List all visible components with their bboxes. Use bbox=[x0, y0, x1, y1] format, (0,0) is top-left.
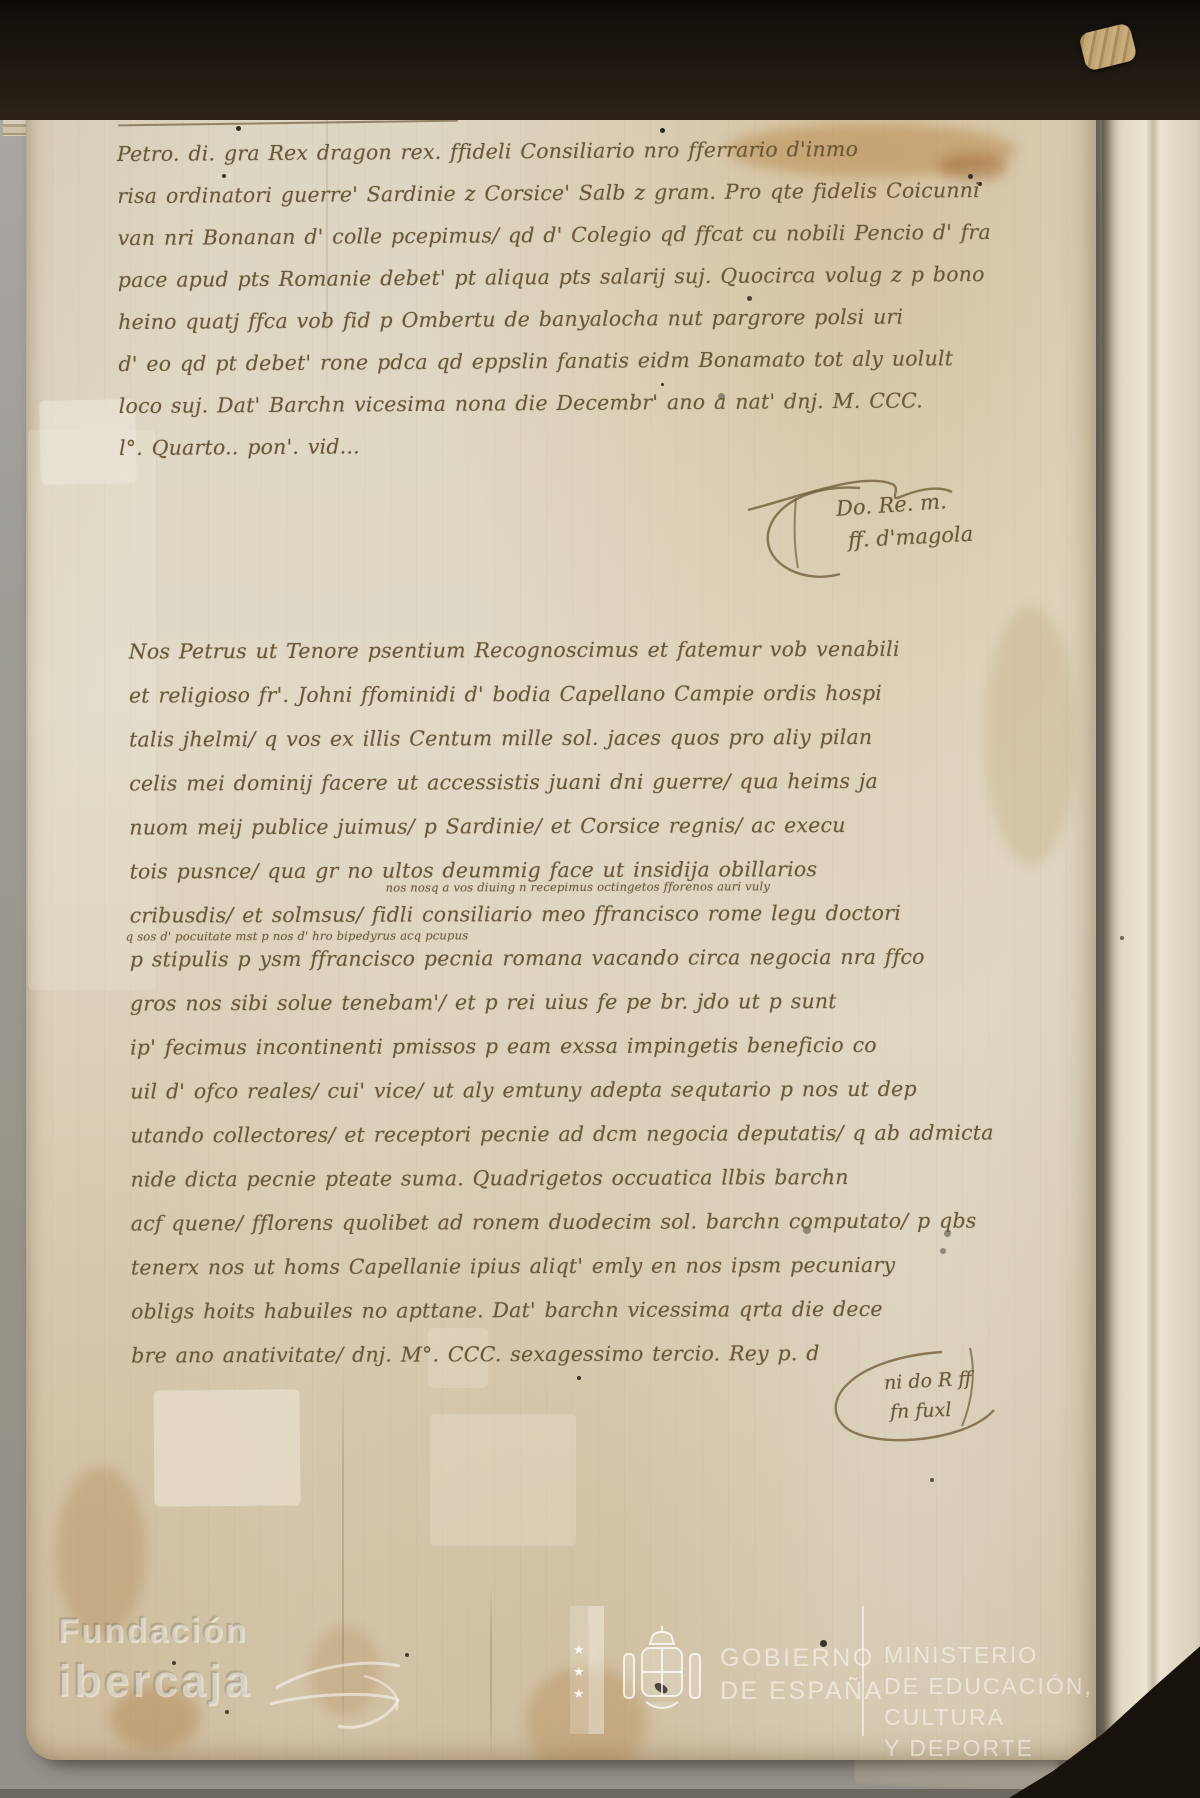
text-line: obligs hoits habuiles no apttane. Dat' b… bbox=[131, 1286, 994, 1333]
text-line: tenerx nos ut homs Capellanie ipius aliq… bbox=[131, 1242, 994, 1289]
text-line: et religioso fr'. Johni ffominidi d' bod… bbox=[129, 670, 992, 717]
watermark-text: GOBIERNO bbox=[720, 1642, 884, 1675]
signature-line: ff. d'magola bbox=[847, 519, 974, 556]
manuscript-photo: Petro. di. gra Rex dragon rex. ffideli C… bbox=[0, 0, 1200, 1798]
eu-flag-fragment-icon: ★★★ bbox=[570, 1606, 604, 1734]
text-line: talis jhelmi/ q vos ex illis Centum mill… bbox=[129, 714, 992, 761]
ink-speck bbox=[236, 126, 241, 131]
chancery-signature-1: Do. Re. m. ff. d'magola bbox=[744, 464, 954, 589]
spain-coat-of-arms-icon bbox=[616, 1624, 708, 1722]
interlinear-insertion: q sos d' pocuitate mst p nos d' hro bipe… bbox=[126, 928, 469, 943]
ibercaja-logo-icon bbox=[268, 1652, 408, 1732]
fold-crease bbox=[490, 1586, 492, 1760]
text-line: nuom meij publice juimus/ p Sardinie/ et… bbox=[129, 802, 992, 849]
text-line: pace apud pts Romanie debet' pt aliqua p… bbox=[118, 253, 992, 301]
text-line: d' eo qd pt debet' rone pdca qd eppslin … bbox=[118, 337, 992, 385]
letter-text-block-2: Nos Petrus ut Tenore psentium Recognosci… bbox=[129, 626, 995, 1377]
chancery-signature-2: ni do R ff fn fuxl bbox=[814, 1344, 1014, 1459]
ink-speck bbox=[1120, 936, 1124, 940]
signature-line: ni do R ff bbox=[883, 1364, 972, 1399]
watermark-text: Fundación bbox=[58, 1612, 252, 1651]
watermark-text: MINISTERIO bbox=[884, 1640, 1200, 1671]
repair-patch bbox=[430, 1414, 576, 1546]
ink-speck bbox=[225, 1710, 229, 1714]
ink-flourish-line bbox=[118, 120, 458, 127]
signature-line: fn fuxl bbox=[889, 1395, 951, 1427]
watermark-text: DE EDUCACIÓN, CULTURA bbox=[884, 1671, 1200, 1733]
watermark-text: DE ESPAÑA bbox=[720, 1675, 884, 1708]
stain bbox=[986, 606, 1076, 866]
stain bbox=[56, 1466, 146, 1636]
ministerio-watermark: MINISTERIO DE EDUCACIÓN, CULTURA Y DEPOR… bbox=[884, 1640, 1200, 1764]
text-line: van nri Bonanan d' colle pcepimus/ qd d'… bbox=[117, 211, 991, 259]
page-crease bbox=[1146, 44, 1160, 1798]
text-line: celis mei dominij facere ut accessistis … bbox=[129, 758, 992, 805]
text-line: acf quene/ fflorens quolibet ad ronem du… bbox=[131, 1198, 994, 1245]
watermark-text: ibercaja bbox=[58, 1655, 252, 1707]
ink-speck bbox=[930, 1478, 934, 1482]
manuscript-page: Petro. di. gra Rex dragon rex. ffideli C… bbox=[26, 46, 1096, 1760]
text-line: loco suj. Dat' Barchn vicesima nona die … bbox=[119, 379, 993, 427]
underlying-page bbox=[1102, 44, 1200, 1798]
gobierno-watermark: GOBIERNO DE ESPAÑA bbox=[720, 1642, 884, 1708]
text-line: Petro. di. gra Rex dragon rex. ffideli C… bbox=[117, 127, 991, 175]
repair-patch bbox=[153, 1389, 300, 1506]
text-line: uil d' ofco reales/ cui' vice/ ut aly em… bbox=[130, 1066, 993, 1113]
text-line: l°. Quarto.. pon'. vid... bbox=[119, 421, 993, 469]
watermark-divider bbox=[862, 1606, 864, 1736]
text-line: ip' fecimus incontinenti pmissos p eam e… bbox=[130, 1022, 993, 1069]
text-line: gros nos sibi solue tenebam'/ et p rei u… bbox=[130, 978, 993, 1025]
text-line: Nos Petrus ut Tenore psentium Recognosci… bbox=[129, 626, 992, 673]
scanner-shadow-top bbox=[0, 0, 1200, 120]
text-line: nide dicta pecnie pteate suma. Quadriget… bbox=[131, 1154, 994, 1201]
watermark-text: Y DEPORTE bbox=[884, 1733, 1200, 1764]
letter-text-block-1: Petro. di. gra Rex dragon rex. ffideli C… bbox=[117, 127, 993, 469]
text-line: heino quatj ffca vob fid p Ombertu de ba… bbox=[118, 295, 992, 343]
interlinear-insertion: nos nosq a vos diuing n recepimus octing… bbox=[386, 879, 770, 894]
text-line: risa ordinatori guerre' Sardinie z Corsi… bbox=[117, 169, 991, 217]
ibercaja-watermark: Fundación ibercaja bbox=[58, 1612, 252, 1707]
text-line: utando collectores/ et receptori pecnie … bbox=[130, 1110, 993, 1157]
ink-speck bbox=[577, 1376, 581, 1380]
